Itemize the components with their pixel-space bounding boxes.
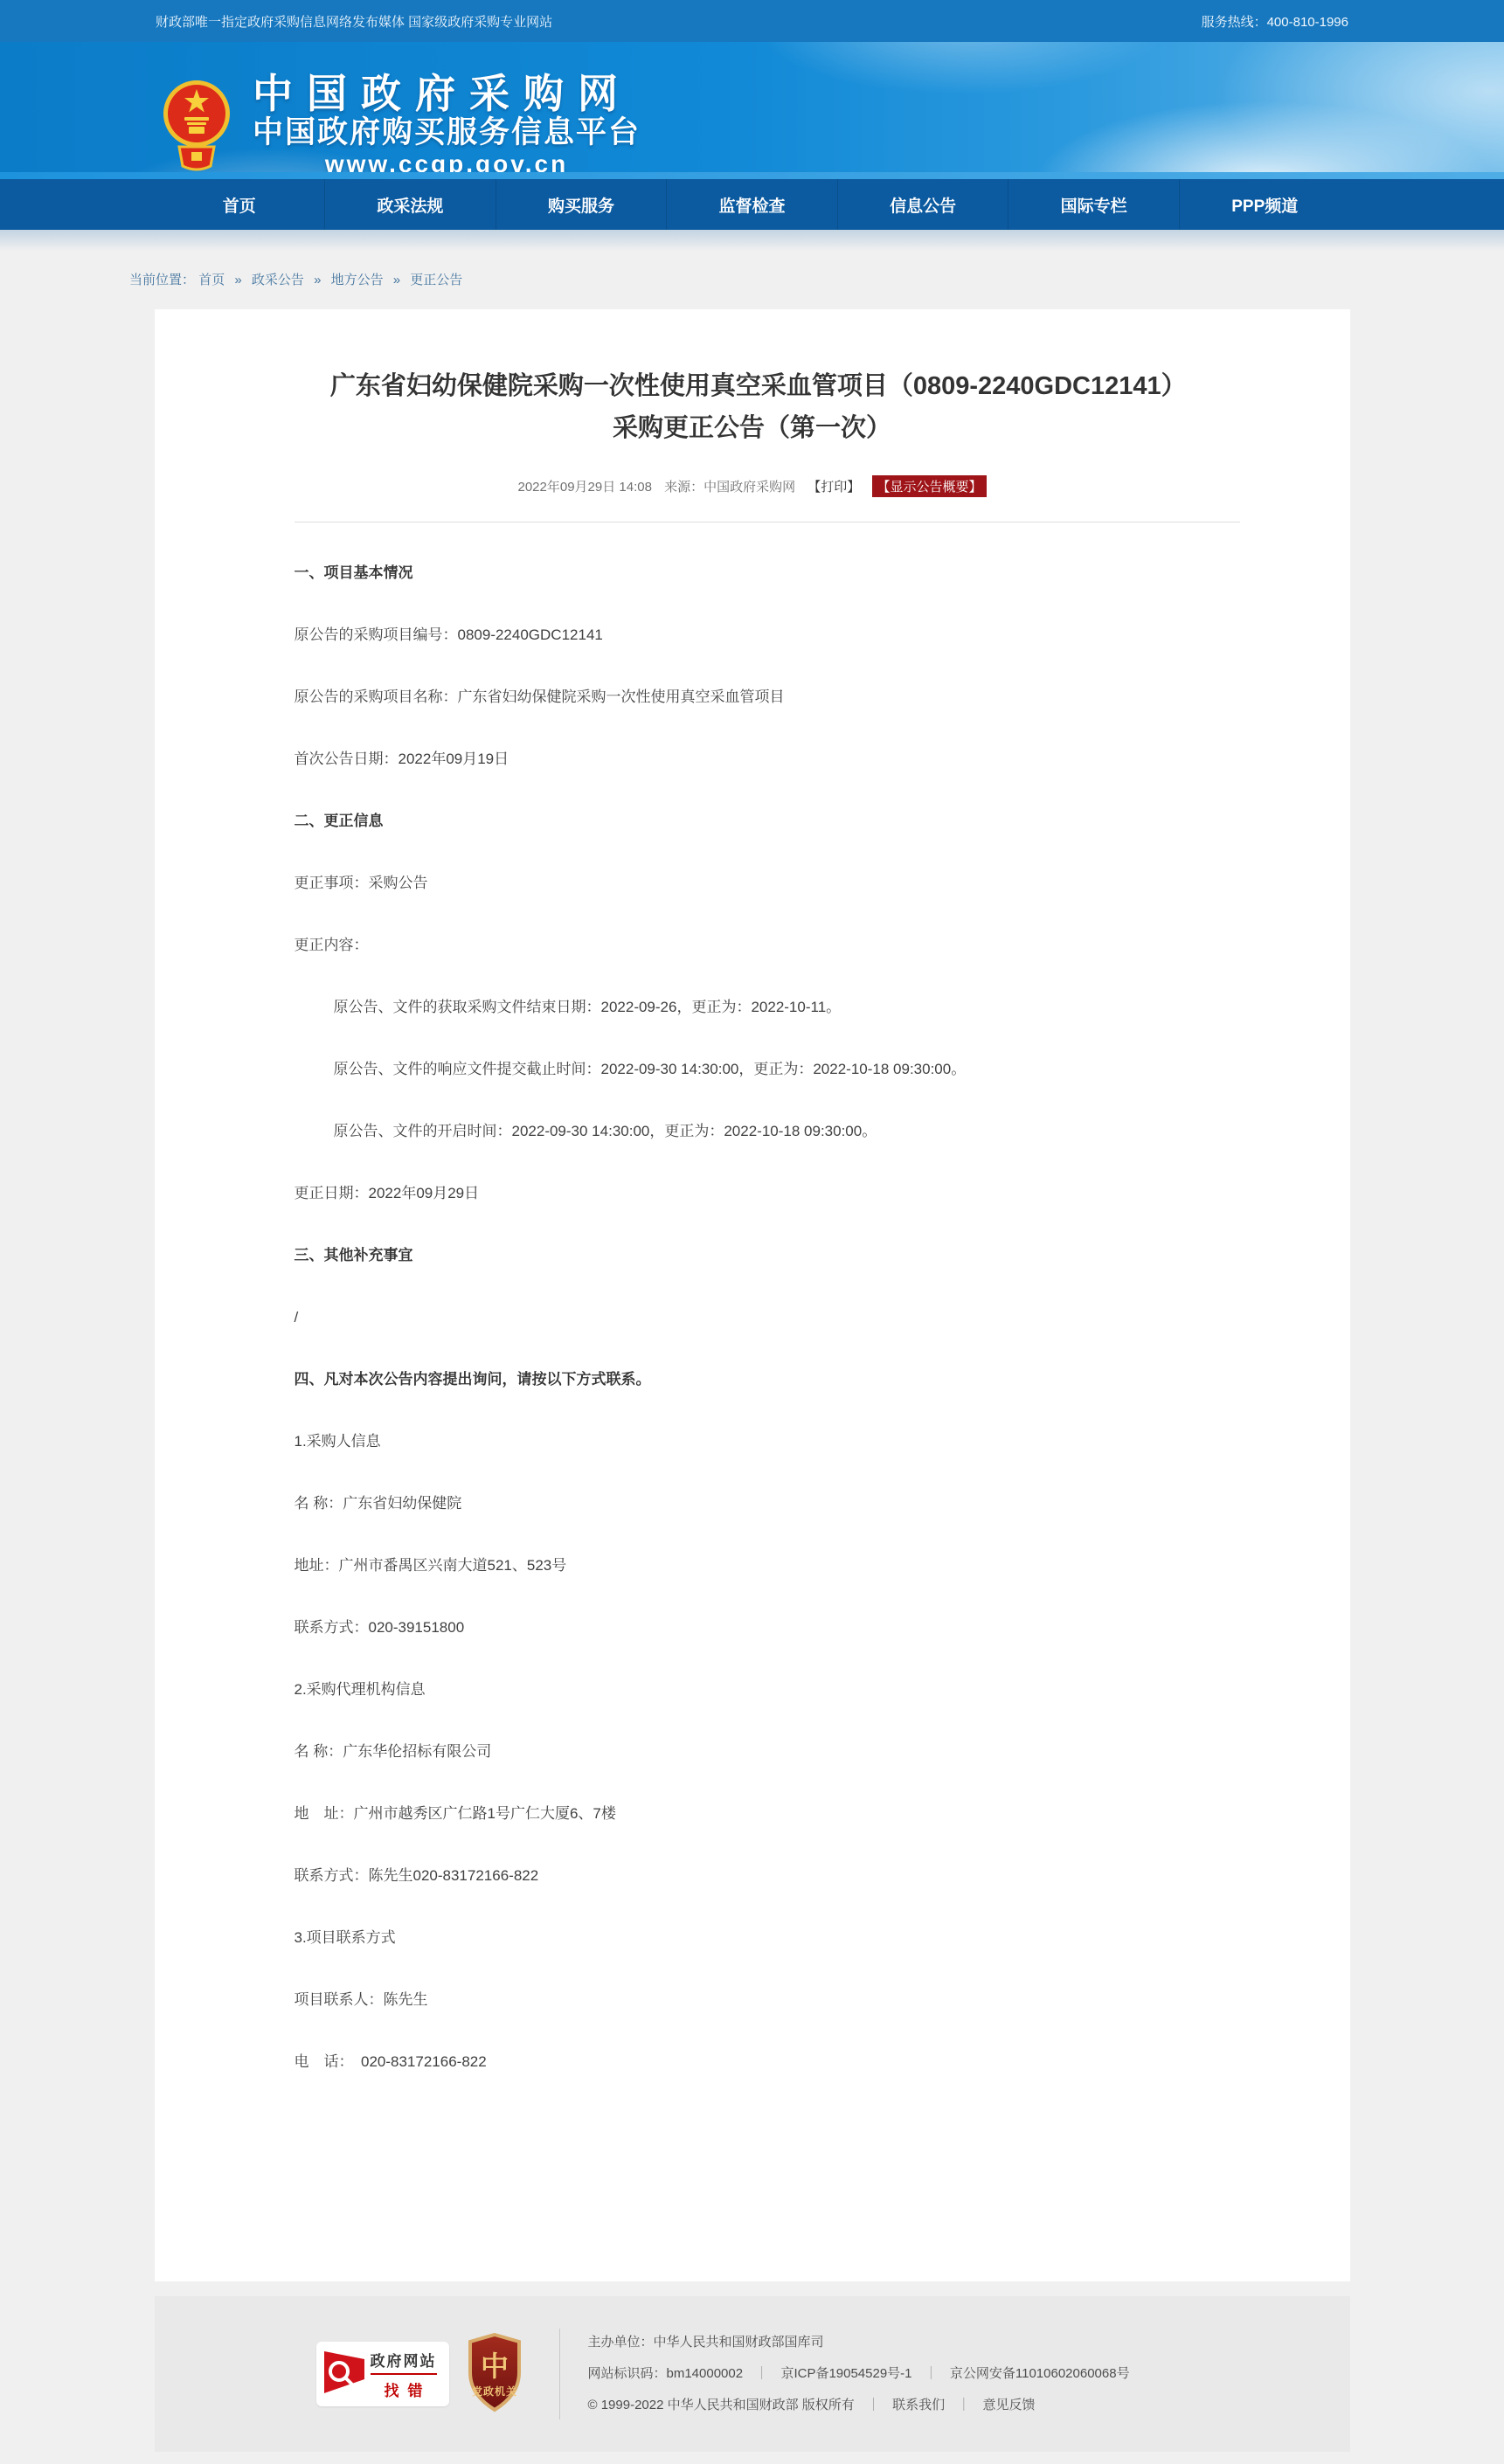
article-paragraph: 1.采购人信息 bbox=[295, 1430, 1210, 1453]
nav-item-ppp[interactable]: PPP频道 bbox=[1180, 179, 1350, 230]
service-hotline: 服务热线：400-810-1996 bbox=[1202, 12, 1348, 31]
article-paragraph: 电 话： 020-83172166-822 bbox=[295, 2051, 1210, 2073]
article-paragraph: 首次公告日期：2022年09月19日 bbox=[295, 748, 1210, 771]
topbar: 财政部唯一指定政府采购信息网络发布媒体 国家级政府采购专业网站 服务热线：400… bbox=[0, 0, 1504, 42]
site-identity-code: 网站标识码：bm14000002 bbox=[588, 2366, 744, 2381]
article-paragraph: 联系方式：020-39151800 bbox=[295, 1616, 1210, 1639]
contact-us-link[interactable]: 联系我们 bbox=[892, 2398, 945, 2412]
article-body: 一、项目基本情况 原公告的采购项目编号：0809-2240GDC12141 原公… bbox=[295, 562, 1210, 2073]
article-paragraph: 更正日期：2022年09月29日 bbox=[295, 1182, 1210, 1205]
footer-separator: ｜ bbox=[867, 2398, 880, 2412]
icp-license-link[interactable]: 京ICP备19054529号-1 bbox=[780, 2366, 911, 2381]
article-paragraph: 更正事项：采购公告 bbox=[295, 872, 1210, 895]
banner-edge bbox=[0, 172, 1504, 179]
footer-divider bbox=[559, 2329, 560, 2419]
section-heading: 一、项目基本情况 bbox=[295, 562, 1210, 585]
footer-host-line: 主办单位：中华人民共和国财政部国库司 bbox=[588, 2327, 1130, 2358]
site-banner: 中国政府采购网 中国政府购买服务信息平台 www.ccgp.gov.cn bbox=[0, 42, 1504, 172]
breadcrumb-separator: » bbox=[234, 273, 241, 287]
article-paragraph: 联系方式：陈先生020-83172166-822 bbox=[295, 1865, 1210, 1887]
article-source: 来源：中国政府采购网 bbox=[664, 480, 795, 495]
magnifier-flag-icon bbox=[322, 2348, 367, 2401]
gov-site-find-error-badge[interactable]: 政府网站 找错 bbox=[316, 2342, 449, 2406]
publish-date: 2022年09月29日 14:08 bbox=[517, 480, 651, 495]
print-button[interactable]: 【打印】 bbox=[807, 480, 860, 495]
nav-item-regulations[interactable]: 政采法规 bbox=[325, 179, 496, 230]
article-paragraph: 2.采购代理机构信息 bbox=[295, 1678, 1210, 1701]
site-url: www.ccgp.gov.cn bbox=[253, 150, 641, 172]
site-logo[interactable]: 中国政府采购网 中国政府购买服务信息平台 www.ccgp.gov.cn bbox=[253, 72, 641, 172]
article-paragraph: 原公告的采购项目名称：广东省妇幼保健院采购一次性使用真空采血管项目 bbox=[295, 686, 1210, 709]
footer-separator: ｜ bbox=[925, 2366, 938, 2381]
article-paragraph: 原公告、文件的开启时间：2022-09-30 14:30:00，更正为：2022… bbox=[295, 1120, 1210, 1143]
footer: 政府网站 找错 中 党政机关 主办单位：中华人民共和国财政部国库司 网站标识码：… bbox=[155, 2296, 1350, 2452]
meta-divider bbox=[295, 522, 1240, 523]
nav-fade bbox=[0, 230, 1504, 251]
page-title: 广东省妇幼保健院采购一次性使用真空采血管项目（0809-2240GDC12141… bbox=[295, 365, 1210, 449]
feedback-link[interactable]: 意见反馈 bbox=[983, 2398, 1036, 2412]
find-error-badge-title: 政府网站 bbox=[371, 2349, 437, 2375]
breadcrumb-separator: » bbox=[393, 273, 400, 287]
article-paragraph: 原公告、文件的响应文件提交截止时间：2022-09-30 14:30:00，更正… bbox=[295, 1058, 1210, 1081]
site-subtitle: 中国政府购买服务信息平台 bbox=[253, 115, 641, 150]
breadcrumb: 当前位置： 首页 » 政采公告 » 地方公告 » 更正公告 bbox=[0, 270, 1504, 288]
breadcrumb-local[interactable]: 地方公告 bbox=[331, 273, 384, 287]
article-paragraph: 3.项目联系方式 bbox=[295, 1927, 1210, 1949]
article-paragraph: 名 称：广东省妇幼保健院 bbox=[295, 1492, 1210, 1515]
article-paragraph: / bbox=[295, 1306, 1210, 1329]
nav-item-purchase-service[interactable]: 购买服务 bbox=[496, 179, 668, 230]
party-gov-badge[interactable]: 中 党政机关 bbox=[465, 2332, 524, 2417]
party-badge-glyph: 中 bbox=[480, 2350, 508, 2382]
party-badge-label: 党政机关 bbox=[471, 2384, 516, 2398]
breadcrumb-home[interactable]: 首页 bbox=[198, 273, 225, 287]
breadcrumb-label: 当前位置： bbox=[129, 273, 195, 287]
nav-item-supervision[interactable]: 监督检查 bbox=[667, 179, 838, 230]
article-paragraph: 项目联系人：陈先生 bbox=[295, 1989, 1210, 2011]
show-summary-button[interactable]: 【显示公告概要】 bbox=[872, 475, 986, 497]
article-paragraph: 更正内容： bbox=[295, 934, 1210, 957]
article-paragraph: 原公告的采购项目编号：0809-2240GDC12141 bbox=[295, 624, 1210, 647]
public-security-filing-link[interactable]: 京公网安备11010602060068号 bbox=[950, 2366, 1130, 2381]
section-heading: 二、更正信息 bbox=[295, 810, 1210, 833]
article-paragraph: 地 址：广州市越秀区广仁路1号广仁大厦6、7楼 bbox=[295, 1803, 1210, 1825]
find-error-badge-subtitle: 找错 bbox=[371, 2378, 437, 2400]
article-meta: 2022年09月29日 14:08 来源：中国政府采购网 【打印】 【显示公告概… bbox=[295, 475, 1210, 497]
article-card: 广东省妇幼保健院采购一次性使用真空采血管项目（0809-2240GDC12141… bbox=[155, 309, 1350, 2281]
footer-text: 主办单位：中华人民共和国财政部国库司 网站标识码：bm14000002 ｜ 京I… bbox=[588, 2327, 1130, 2421]
nav-item-international[interactable]: 国际专栏 bbox=[1008, 179, 1180, 230]
topbar-slogan: 财政部唯一指定政府采购信息网络发布媒体 国家级政府采购专业网站 bbox=[156, 12, 552, 31]
copyright-text: © 1999-2022 中华人民共和国财政部 版权所有 bbox=[588, 2398, 855, 2412]
breadcrumb-separator: » bbox=[314, 273, 321, 287]
breadcrumb-correction[interactable]: 更正公告 bbox=[410, 273, 462, 287]
section-heading: 四、凡对本次公告内容提出询问，请按以下方式联系。 bbox=[295, 1368, 1210, 1391]
site-title: 中国政府采购网 bbox=[253, 72, 641, 115]
main-nav: 首页 政采法规 购买服务 监督检查 信息公告 国际专栏 PPP频道 bbox=[0, 179, 1504, 230]
nav-item-home[interactable]: 首页 bbox=[155, 179, 326, 230]
breadcrumb-announcements[interactable]: 政采公告 bbox=[252, 273, 304, 287]
footer-separator: ｜ bbox=[957, 2398, 970, 2412]
article-paragraph: 地址：广州市番禺区兴南大道521、523号 bbox=[295, 1554, 1210, 1577]
article-paragraph: 名 称：广东华伦招标有限公司 bbox=[295, 1741, 1210, 1763]
article-paragraph: 原公告、文件的获取采购文件结束日期：2022-09-26，更正为：2022-10… bbox=[295, 996, 1210, 1019]
section-heading: 三、其他补充事宜 bbox=[295, 1244, 1210, 1267]
national-emblem-icon[interactable] bbox=[162, 75, 232, 172]
footer-separator: ｜ bbox=[755, 2366, 768, 2381]
nav-item-announcements[interactable]: 信息公告 bbox=[838, 179, 1009, 230]
